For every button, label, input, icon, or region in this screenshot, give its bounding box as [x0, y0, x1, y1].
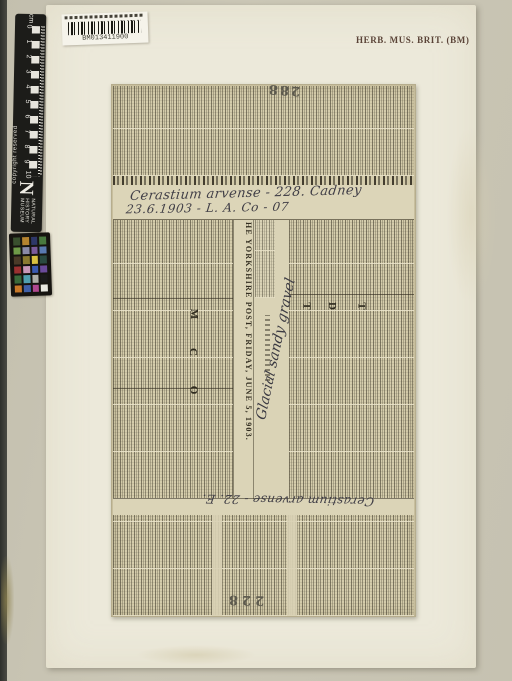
tick-number: 3 [24, 69, 31, 73]
color-chip [22, 256, 29, 264]
color-chip [41, 284, 48, 292]
herbarium-stamp: HERB. MUS. BRIT. (BM) [356, 35, 486, 45]
copyright-text: copyright reserved [12, 84, 20, 184]
column-rule [289, 294, 414, 295]
tick-number: 9 [23, 159, 30, 163]
barcode-number: BM013411900 [62, 32, 148, 43]
barcode-label: BM013411900 [61, 12, 148, 46]
pencil-number-top: 288 [267, 81, 301, 98]
color-chip [39, 236, 46, 244]
newsprint-patch [255, 220, 275, 298]
color-chip [13, 237, 20, 245]
color-chip [22, 237, 29, 245]
color-chip [31, 237, 38, 245]
herbarium-scan: BM013411900 HERB. MUS. BRIT. (BM) cm 0 1… [0, 0, 512, 681]
logo-line: MUSEUM [17, 198, 23, 224]
newspaper-clipping: Cerastium arvense - 228. Cadney 23.6.190… [111, 84, 416, 617]
tick-number: 2 [25, 54, 32, 58]
tick-number: 8 [23, 144, 30, 148]
paint-smear [1, 556, 14, 644]
tick-number: 6 [24, 114, 31, 118]
color-chip [40, 255, 47, 263]
color-chip [14, 275, 21, 283]
color-chip [13, 247, 20, 255]
color-chip [22, 247, 29, 255]
tick-number: 7 [23, 129, 30, 133]
color-chip [14, 266, 21, 274]
color-chip [23, 285, 30, 293]
pencil-number-bottom: 228 [225, 592, 264, 608]
color-chip [32, 275, 39, 283]
scale-bar: cm 0 1 2 3 4 5 6 7 8 9 10 copyright rese… [11, 14, 47, 233]
label-header-bar [65, 14, 143, 20]
tick-number: 0 [25, 24, 32, 28]
logo-text: NATURAL HISTORY MUSEUM [17, 198, 35, 224]
newsprint-main-band: M C O HE YORKSHIRE POST, FRIDAY, JUNE 5,… [113, 219, 414, 498]
column-gap [287, 515, 297, 616]
color-chip [23, 266, 30, 274]
drop-cap: M [188, 309, 200, 319]
newsprint-block-left [113, 220, 233, 499]
tick-number: 4 [24, 84, 31, 88]
newsprint-block-right [289, 220, 414, 499]
color-chip [15, 285, 22, 293]
nhm-logo: N NATURAL HISTORY MUSEUM [10, 175, 42, 230]
cm-label: cm [27, 14, 34, 23]
color-chip [31, 246, 38, 254]
foxing-stain [446, 125, 496, 305]
column-rule [113, 388, 233, 389]
color-chip [14, 256, 21, 264]
color-chip [40, 246, 47, 254]
color-chip [40, 265, 47, 273]
tick-number: 1 [25, 39, 32, 43]
newsprint-block-top [113, 86, 414, 176]
column-rule [113, 298, 233, 299]
annotation-date: 23.6.1903 - L. A. Co - 07 [125, 200, 290, 217]
tick-number: 5 [24, 99, 31, 103]
drop-cap: O [187, 386, 199, 395]
color-checker-grid [9, 232, 52, 296]
drop-cap: T [356, 302, 368, 309]
foxing-stain [136, 645, 256, 665]
color-chip [41, 274, 48, 282]
drop-cap: C [187, 348, 199, 356]
color-chip [23, 275, 30, 283]
logo-letter: N [16, 181, 36, 196]
drop-cap: D [326, 302, 338, 310]
column-gap [212, 515, 222, 616]
headline-type-row [113, 176, 414, 185]
color-chip [32, 265, 39, 273]
color-chip [31, 256, 38, 264]
drop-cap: T [301, 302, 313, 309]
color-chip [32, 284, 39, 292]
